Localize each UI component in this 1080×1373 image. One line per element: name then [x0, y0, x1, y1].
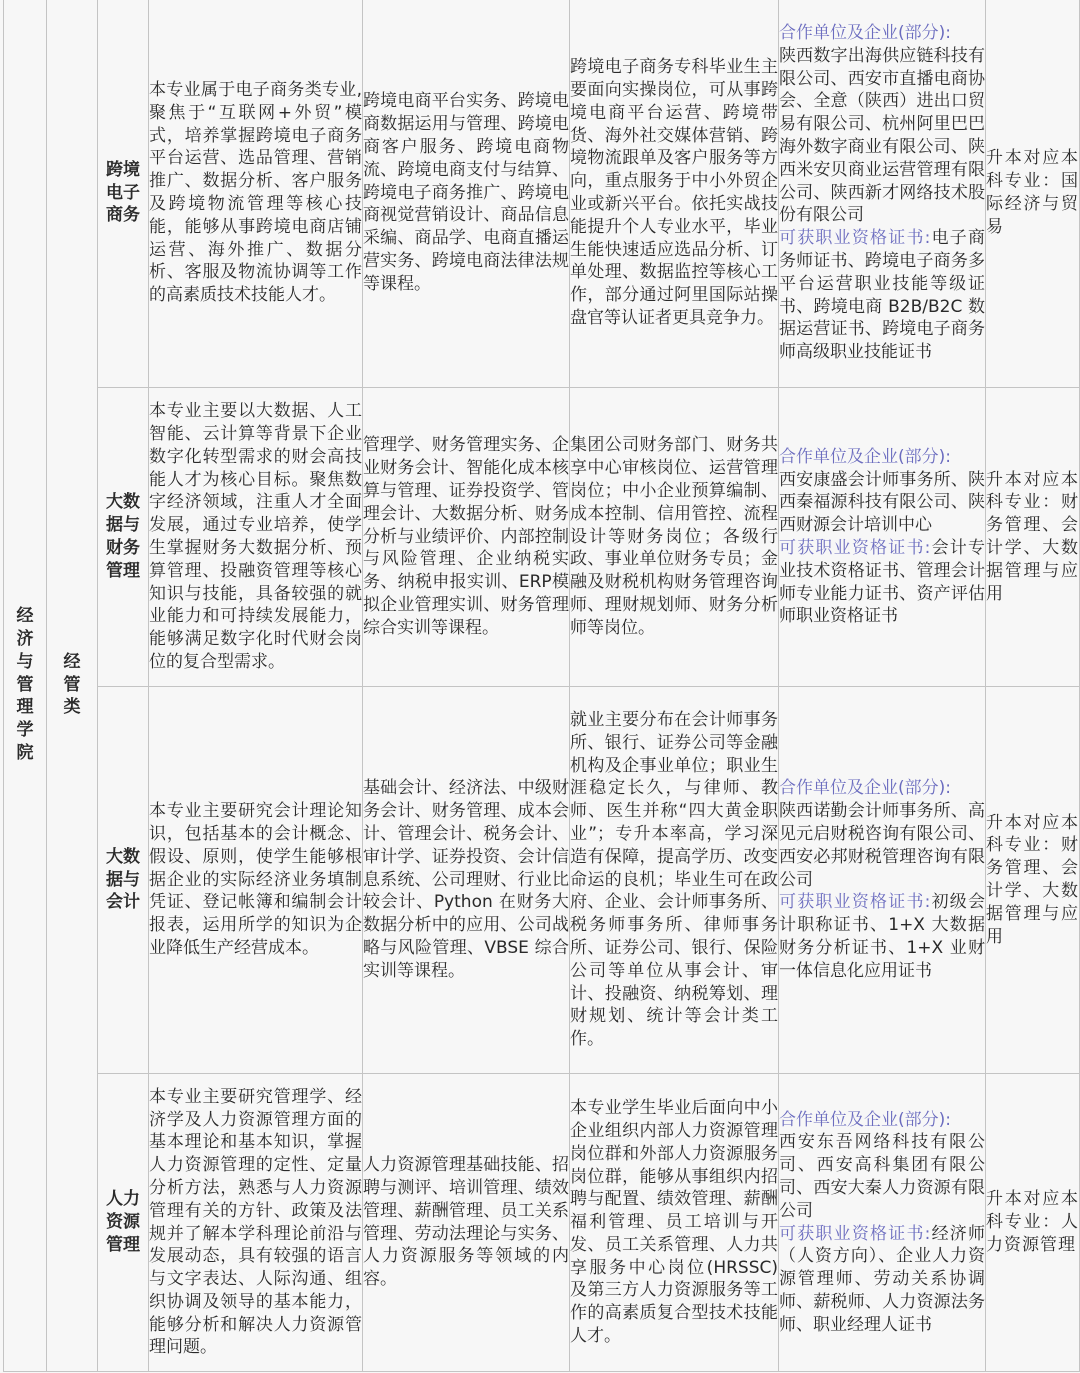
major-partners-cell: 合作单位及企业(部分):陕西数字出海供应链科技有限公司、西安市直播电商协会、全意… [779, 0, 986, 388]
upgrade-major: 升本对应本科专业：人力资源管理 [986, 1074, 1080, 1372]
partners-list: 陕西数字出海供应链科技有限公司、西安市直播电商协会、全意（陕西）进出口贸易有限公… [779, 46, 985, 226]
major-name-cell: 大数据与财务管理 [98, 388, 149, 687]
major-courses: 管理学、财务管理实务、企业财务会计、智能化成本核算与管理、证券投资学、管理会计、… [363, 388, 570, 687]
partners-list: 西安东吾网络科技有限公司、西安高科集团有限公司、西安大秦人力资源有限公司 [779, 1132, 985, 1220]
major-partners-cell: 合作单位及企业(部分):陕西诺勤会计师事务所、高见元启财税咨询有限公司、西安必邦… [779, 687, 986, 1074]
major-description: 本专业主要研究会计理论知识，包括基本的会计概念、假设、原则，使学生能够根据企业的… [149, 687, 363, 1074]
major-employment: 集团公司财务部门、财务共享中心审核岗位、运营管理岗位；中小企业预算编制、成本控制… [570, 388, 779, 687]
certificates-label: 可获职业资格证书: [779, 538, 930, 558]
category-name: 经管类 [63, 651, 81, 719]
partners-label: 合作单位及企业(部分): [779, 447, 951, 467]
major-description: 本专业主要研究管理学、经济学及人力资源管理方面的基本理论和基本知识，掌握人力资源… [149, 1074, 363, 1372]
partners-label: 合作单位及企业(部分): [779, 1110, 951, 1130]
major-name: 大数据与会计 [105, 846, 141, 914]
partners-label: 合作单位及企业(部分): [779, 778, 951, 798]
partners-label: 合作单位及企业(部分): [779, 23, 951, 43]
table-row-major-1: 大数据与财务管理 本专业主要以大数据、人工智能、云计算等背景下企业数字化转型需求… [4, 388, 1080, 687]
major-description: 本专业主要以大数据、人工智能、云计算等背景下企业数字化转型需求的财会高技能人才为… [149, 388, 363, 687]
upgrade-major: 升本对应本科专业：财务管理、会计学、大数据管理与应用 [986, 687, 1080, 1074]
major-name-cell: 跨境电子商务 [98, 0, 149, 388]
major-courses: 基础会计、经济法、中级财务会计、财务管理、成本会计、管理会计、税务会计、审计学、… [363, 687, 570, 1074]
college-cell: 经济与管理学院 [4, 0, 47, 1372]
major-employment: 就业主要分布在会计师事务所、银行、证券公司等金融机构及企事业单位；职业生涯稳定长… [570, 687, 779, 1074]
majors-table: 经济与管理学院 经管类 跨境电子商务 本专业属于电子商务类专业,聚焦于“互联网+… [3, 0, 1080, 1372]
table-row-major-3: 人力资源管理 本专业主要研究管理学、经济学及人力资源管理方面的基本理论和基本知识… [4, 1074, 1080, 1372]
major-name-cell: 大数据与会计 [98, 687, 149, 1074]
partners-list: 陕西诺勤会计师事务所、高见元启财税咨询有限公司、西安必邦财税管理咨询有限公司 [779, 801, 985, 889]
major-description: 本专业属于电子商务类专业,聚焦于“互联网+外贸”模式，培养掌握跨境电子商务平台运… [149, 0, 363, 388]
certificates-label: 可获职业资格证书: [779, 892, 930, 912]
college-name: 经济与管理学院 [16, 605, 34, 765]
partners-list: 西安康盛会计师事务所、陕西秦福源科技有限公司、陕西财源会计培训中心 [779, 470, 985, 536]
category-cell: 经管类 [47, 0, 98, 1372]
major-name: 大数据与财务管理 [105, 491, 141, 582]
table-row-major-2: 大数据与会计 本专业主要研究会计理论知识，包括基本的会计概念、假设、原则，使学生… [4, 687, 1080, 1074]
major-employment: 本专业学生毕业后面向中小企业组织内部人力资源管理岗位群和外部人力资源服务岗位群，… [570, 1074, 779, 1372]
major-name: 人力资源管理 [105, 1188, 141, 1256]
certificates-label: 可获职业资格证书: [779, 1224, 930, 1244]
certificates-list: 电子商务师证书、跨境电子商务多平台运营职业技能等级证书、跨境电商 B2B/B2C… [779, 228, 985, 362]
major-courses: 跨境电商平台实务、跨境电商数据运用与管理、跨境电商客户服务、跨境电商物流、跨境电… [363, 0, 570, 388]
table-row-major-0: 经济与管理学院 经管类 跨境电子商务 本专业属于电子商务类专业,聚焦于“互联网+… [4, 0, 1080, 388]
major-name-cell: 人力资源管理 [98, 1074, 149, 1372]
major-employment: 跨境电子商务专科毕业生主要面向实操岗位，可从事跨境电商平台运营、跨境带货、海外社… [570, 0, 779, 388]
major-partners-cell: 合作单位及企业(部分):西安东吾网络科技有限公司、西安高科集团有限公司、西安大秦… [779, 1074, 986, 1372]
upgrade-major: 升本对应本科专业：国际经济与贸易 [986, 0, 1080, 388]
major-partners-cell: 合作单位及企业(部分):西安康盛会计师事务所、陕西秦福源科技有限公司、陕西财源会… [779, 388, 986, 687]
major-courses: 人力资源管理基础技能、招聘与测评、培训管理、绩效管理、薪酬管理、员工关系管理、劳… [363, 1074, 570, 1372]
upgrade-major: 升本对应本科专业：财务管理、会计学、大数据管理与应用 [986, 388, 1080, 687]
major-name: 跨境电子商务 [105, 159, 141, 227]
certificates-label: 可获职业资格证书: [779, 228, 930, 248]
